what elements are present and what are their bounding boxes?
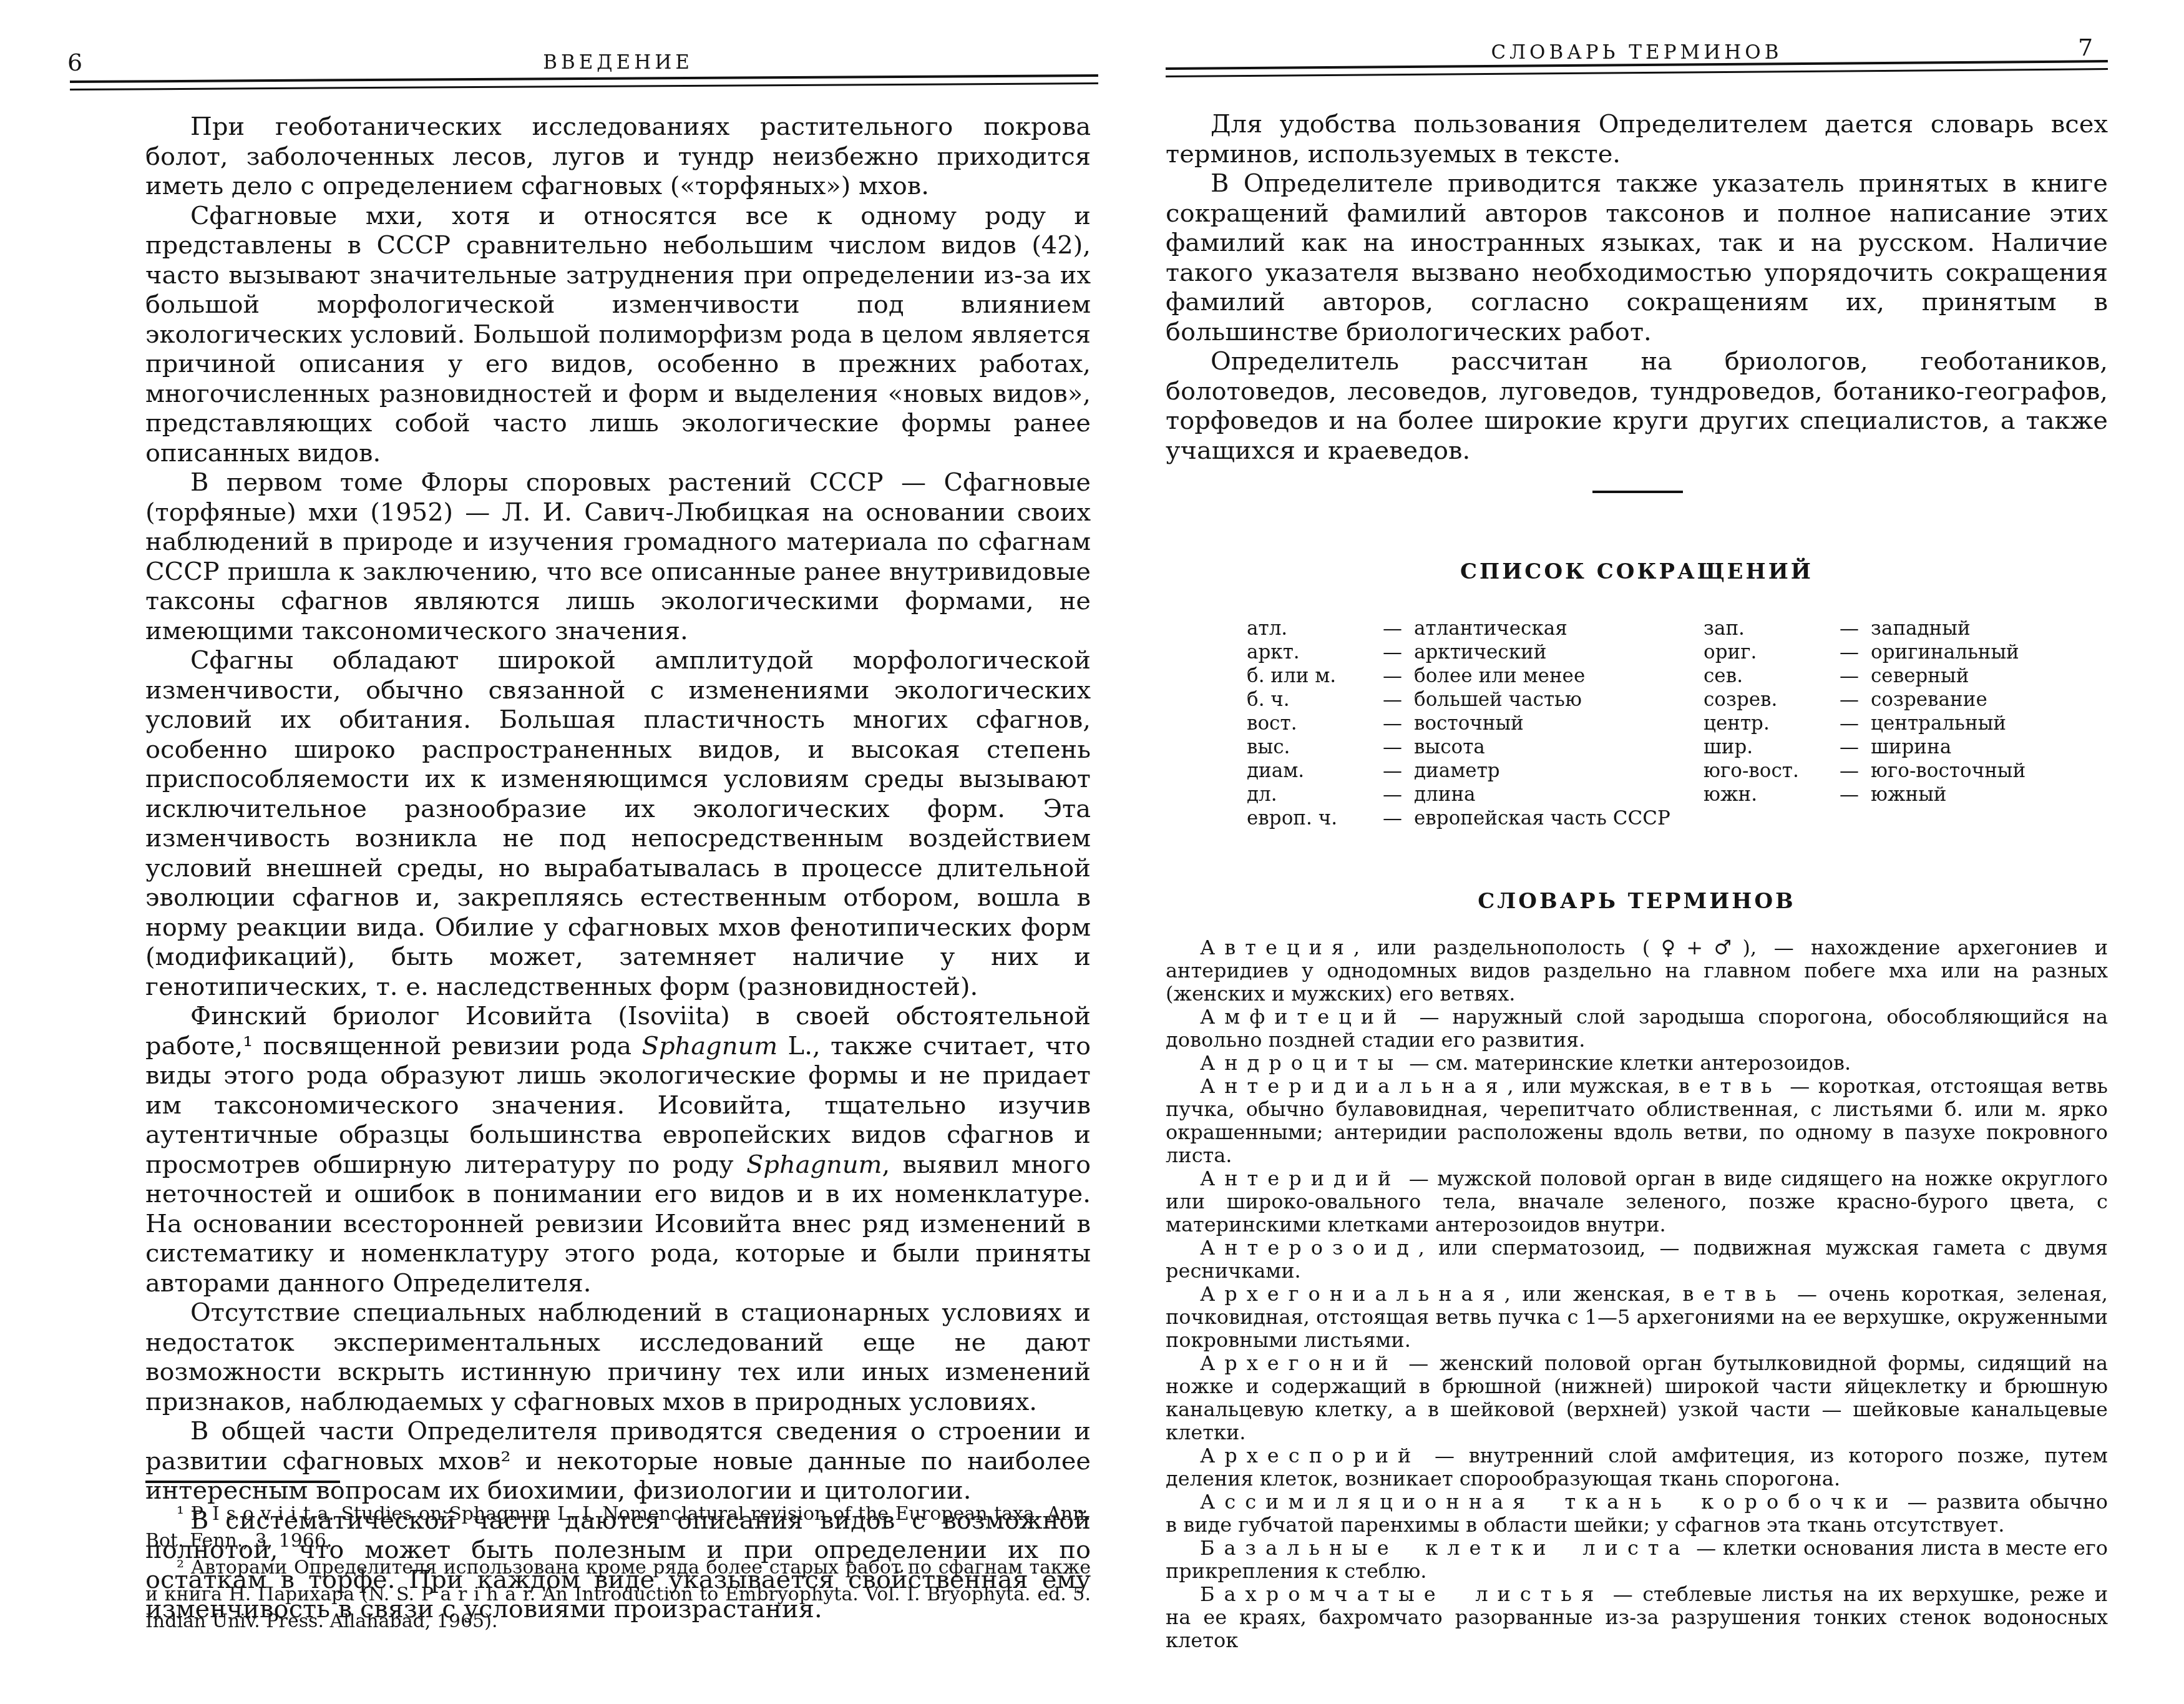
- abbreviation-meaning: западный: [1871, 617, 1971, 640]
- abbreviation-key: диам.: [1247, 759, 1383, 783]
- glossary-heading: СЛОВАРЬ ТЕРМИНОВ: [1166, 889, 2108, 914]
- abbreviation-meaning: юго-восточный: [1871, 760, 2026, 782]
- abbreviation-row: ориг.—оригинальный: [1704, 640, 2108, 664]
- intro-paragraph: Сфагновые мхи, хотя и относятся все к од…: [145, 202, 1091, 469]
- abbreviation-key: зап.: [1704, 617, 1840, 640]
- glossary-term: Архегоний: [1200, 1351, 1398, 1375]
- abbreviation-meaning: европейская часть СССР: [1414, 807, 1670, 830]
- abbreviation-meaning: северный: [1871, 665, 1969, 687]
- header-rule-left: [70, 74, 1098, 91]
- footnote: ¹ P. I s o v i i t a. Studies on Sphagnu…: [145, 1501, 1091, 1554]
- intro-paragraph: В общей части Определителя приводятся св…: [145, 1417, 1091, 1506]
- abbreviation-dash: —: [1840, 640, 1871, 664]
- running-head-right: СЛОВАРЬ ТЕРМИНОВ: [1166, 41, 2108, 64]
- glossary-term: Бахромчатые листья: [1200, 1582, 1603, 1606]
- abbreviation-key: шир.: [1704, 735, 1840, 759]
- abbreviation-key: б. или м.: [1247, 664, 1383, 688]
- abbreviation-dash: —: [1840, 617, 1871, 640]
- abbreviation-row: вост.—восточный: [1247, 712, 1671, 735]
- page-number-right: 7: [2078, 34, 2093, 61]
- abbreviation-row: южн.—южный: [1704, 783, 2108, 806]
- italic-text: Sphagnum: [641, 1032, 778, 1060]
- footnote-rule: [145, 1481, 340, 1483]
- glossary-term: Автеция: [1200, 936, 1353, 959]
- glossary-term: Археспорий: [1200, 1444, 1420, 1467]
- abbreviation-meaning: арктический: [1414, 641, 1546, 663]
- glossary-term: Ассимиляционная ткань коробочки: [1200, 1490, 1898, 1514]
- abbreviation-key: сев.: [1704, 664, 1840, 688]
- abbreviations-column-left: атл.—атлантическаяаркт.—арктическийб. ил…: [1247, 617, 1671, 830]
- abbreviation-row: юго-вост.—юго-восточный: [1704, 759, 2108, 783]
- abbreviation-meaning: созревание: [1871, 688, 1987, 711]
- italic-text: Sphagnum: [746, 1150, 882, 1179]
- abbreviation-dash: —: [1383, 783, 1414, 806]
- abbreviation-dash: —: [1383, 806, 1414, 830]
- abbreviation-key: созрев.: [1704, 688, 1840, 712]
- glossary-term: Амфитеций: [1200, 1005, 1406, 1029]
- abbreviation-row: зап.—западный: [1704, 617, 2108, 640]
- glossary-entry: Антерозоид, или сперматозоид, — подвижна…: [1166, 1236, 2108, 1283]
- abbreviation-row: аркт.—арктический: [1247, 640, 1671, 664]
- glossary-entries: Автеция, или раздельнополость (♀+♂), — н…: [1166, 936, 2108, 1652]
- glossary-definition: — см. материнские клетки антерозоидов.: [1403, 1051, 1851, 1075]
- abbreviation-key: б. ч.: [1247, 688, 1383, 712]
- intro-paragraph: Отсутствие специальных наблюдений в стац…: [145, 1298, 1091, 1417]
- abbreviation-row: созрев.—созревание: [1704, 688, 2108, 712]
- glossary-entry: Архегониальная, или женская, ветвь — оче…: [1166, 1283, 2108, 1352]
- abbreviation-meaning: более или менее: [1414, 665, 1585, 687]
- abbreviation-dash: —: [1383, 688, 1414, 712]
- abbreviation-key: вост.: [1247, 712, 1383, 735]
- abbreviation-meaning: длина: [1414, 783, 1476, 806]
- glossary-term: ветвь: [1679, 1074, 1782, 1098]
- abbreviation-dash: —: [1383, 735, 1414, 759]
- intro-paragraphs: При геоботанических исследованиях растит…: [145, 112, 1091, 1625]
- abbreviation-row: шир.—ширина: [1704, 735, 2108, 759]
- glossary-entry: Архегоний — женский половой орган бутылк…: [1166, 1352, 2108, 1444]
- abbreviation-meaning: восточный: [1414, 712, 1524, 735]
- glossary-intro-paragraph: В Определителе приводится также указател…: [1166, 169, 2108, 347]
- glossary-entry: Автеция, или раздельнополость (♀+♂), — н…: [1166, 936, 2108, 1006]
- abbreviation-dash: —: [1840, 735, 1871, 759]
- glossary-entry: Бахромчатые листья — стеблевые листья на…: [1166, 1583, 2108, 1652]
- abbreviation-meaning: атлантическая: [1414, 617, 1567, 640]
- abbreviation-dash: —: [1840, 712, 1871, 735]
- abbreviation-dash: —: [1383, 664, 1414, 688]
- abbreviation-key: юго-вост.: [1704, 759, 1840, 783]
- abbreviation-key: южн.: [1704, 783, 1840, 806]
- abbreviation-dash: —: [1840, 664, 1871, 688]
- abbreviation-row: сев.—северный: [1704, 664, 2108, 688]
- glossary-term: Базальные клетки листа: [1200, 1536, 1690, 1560]
- abbreviation-meaning: оригинальный: [1871, 641, 2019, 663]
- intro-paragraph: В первом томе Флоры споровых растений СС…: [145, 468, 1091, 646]
- page-number-left: 6: [67, 49, 82, 76]
- abbreviation-key: европ. ч.: [1247, 806, 1383, 830]
- abbreviation-dash: —: [1840, 759, 1871, 783]
- glossary-term: Антерозоид: [1200, 1236, 1418, 1260]
- glossary-term: Андроциты: [1200, 1051, 1403, 1075]
- abbreviation-dash: —: [1383, 617, 1414, 640]
- abbreviation-row: б. ч.—большей частью: [1247, 688, 1671, 712]
- abbreviation-key: аркт.: [1247, 640, 1383, 664]
- abbreviation-meaning: высота: [1414, 736, 1485, 758]
- abbreviation-row: диам.—диаметр: [1247, 759, 1671, 783]
- abbreviation-meaning: ширина: [1871, 736, 1951, 758]
- glossary-intro-paragraphs: Для удобства пользования Определителем д…: [1166, 110, 2108, 466]
- section-divider: [1592, 491, 1683, 493]
- abbreviation-dash: —: [1840, 688, 1871, 712]
- abbreviation-meaning: диаметр: [1414, 760, 1500, 782]
- glossary-entry: Амфитеций — наружный слой зародыша споро…: [1166, 1006, 2108, 1052]
- glossary-entry: Археспорий — внутренний слой амфитеция, …: [1166, 1444, 2108, 1491]
- abbreviation-dash: —: [1840, 783, 1871, 806]
- glossary-term: ветвь: [1682, 1282, 1785, 1306]
- abbreviations-table: атл.—атлантическаяаркт.—арктическийб. ил…: [1166, 617, 2108, 848]
- footnote: ² Авторами Определителя использована кро…: [145, 1554, 1091, 1635]
- abbreviation-row: выс.—высота: [1247, 735, 1671, 759]
- running-head-left: ВВЕДЕНИЕ: [145, 51, 1091, 74]
- glossary-entry: Антеридий — мужской половой орган в виде…: [1166, 1167, 2108, 1236]
- glossary-intro-paragraph: Для удобства пользования Определителем д…: [1166, 110, 2108, 169]
- glossary-intro-paragraph: Определитель рассчитан на бриологов, гео…: [1166, 347, 2108, 466]
- abbreviations-column-right: зап.—западныйориг.—оригинальныйсев.—севе…: [1704, 617, 2108, 806]
- abbreviation-meaning: большей частью: [1414, 688, 1582, 711]
- glossary-entry: Антеридиальная, или мужская, ветвь — кор…: [1166, 1075, 2108, 1167]
- glossary-entry: Андроциты — см. материнские клетки антер…: [1166, 1052, 2108, 1075]
- abbreviations-heading: СПИСОК СОКРАЩЕНИЙ: [1166, 559, 2108, 584]
- abbreviation-dash: —: [1383, 759, 1414, 783]
- abbreviation-key: дл.: [1247, 783, 1383, 806]
- glossary-entry: Базальные клетки листа — клетки основани…: [1166, 1537, 2108, 1583]
- glossary-term: Антеридиальная: [1200, 1074, 1507, 1098]
- glossary-entry: Ассимиляционная ткань коробочки — развит…: [1166, 1491, 2108, 1537]
- intro-paragraph: Сфагны обладают широкой амплитудой морфо…: [145, 646, 1091, 1002]
- abbreviation-row: атл.—атлантическая: [1247, 617, 1671, 640]
- book-spread: 6 ВВЕДЕНИЕ При геоботанических исследова…: [0, 0, 2184, 1704]
- abbreviation-dash: —: [1383, 640, 1414, 664]
- glossary-definition: , или женская,: [1504, 1282, 1683, 1306]
- abbreviation-row: б. или м.—более или менее: [1247, 664, 1671, 688]
- intro-paragraph: При геоботанических исследованиях растит…: [145, 112, 1091, 202]
- glossary-term: Архегониальная: [1200, 1282, 1504, 1306]
- abbreviation-key: атл.: [1247, 617, 1383, 640]
- glossary-term: Антеридий: [1200, 1167, 1400, 1190]
- abbreviation-dash: —: [1383, 712, 1414, 735]
- footnotes: ¹ P. I s o v i i t a. Studies on Sphagnu…: [145, 1501, 1091, 1635]
- abbreviation-meaning: центральный: [1871, 712, 2006, 735]
- abbreviation-row: европ. ч.—европейская часть СССР: [1247, 806, 1671, 830]
- abbreviation-key: ориг.: [1704, 640, 1840, 664]
- abbreviation-key: выс.: [1247, 735, 1383, 759]
- abbreviation-key: центр.: [1704, 712, 1840, 735]
- abbreviation-meaning: южный: [1871, 783, 1947, 806]
- intro-paragraph: Финский бриолог Исовийта (Isoviita) в св…: [145, 1002, 1091, 1298]
- abbreviation-row: дл.—длина: [1247, 783, 1671, 806]
- abbreviation-row: центр.—центральный: [1704, 712, 2108, 735]
- glossary-definition: , или мужская,: [1507, 1074, 1678, 1098]
